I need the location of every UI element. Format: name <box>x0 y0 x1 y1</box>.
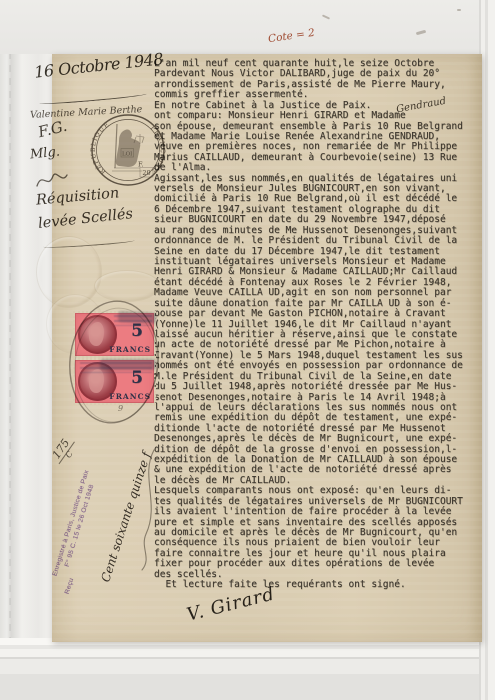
plastic-sleeve-bottom-edge <box>0 638 495 700</box>
handwritten-requisition-line2: levée Scellés <box>37 206 133 232</box>
date-underline <box>39 91 147 105</box>
scanned-document-photo: L'an mil neuf cent quarante huit,le seiz… <box>0 0 495 700</box>
seal-loi-label: LOI <box>122 151 132 157</box>
oval-cancellation-icon <box>62 294 166 434</box>
seal-arc-left-text: RÉPUBLIQUE <box>90 121 111 175</box>
typed-text-body: L'an mil neuf cent quarante huit,le seiz… <box>154 59 474 591</box>
republique-francaise-seal-icon: RÉPUBLIQUE FRANÇAISE LOI F. 20 <box>88 112 168 188</box>
plastic-sleeve-top-edge <box>0 0 495 54</box>
handwritten-fee-amount: 175 C <box>50 435 82 469</box>
cancellation-digit: 9 <box>118 404 123 413</box>
document-paper: L'an mil neuf cent quarante huit,le seiz… <box>52 54 482 642</box>
dust-speck <box>457 9 461 11</box>
svg-text:RÉPUBLIQUE: RÉPUBLIQUE <box>90 121 111 175</box>
handwritten-margin-note: Mlg. <box>29 144 60 162</box>
seal-denomination: 20 <box>142 169 150 177</box>
margin-flourish-icon <box>132 446 166 574</box>
handwritten-date: 16 Octobre 1948 <box>33 49 164 81</box>
